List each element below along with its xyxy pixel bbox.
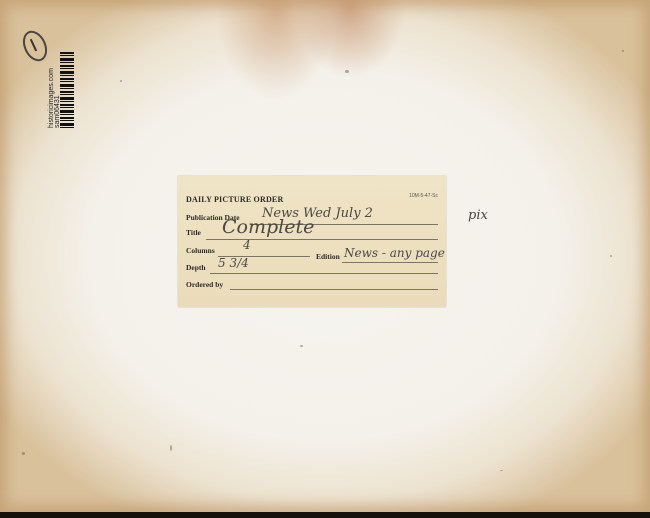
barcode-icon [60, 52, 74, 128]
card-title: DAILY PICTURE ORDER [186, 195, 283, 204]
ordered-by-label: Ordered by [186, 280, 223, 289]
bottom-edge-shadow [0, 512, 650, 518]
columns-label: Columns [186, 246, 215, 255]
speck [610, 255, 612, 257]
edition-line [342, 262, 438, 263]
speck [345, 70, 349, 73]
speck [170, 445, 172, 451]
depth-line [210, 273, 438, 274]
columns-value: 4 [243, 238, 251, 252]
speck [22, 452, 25, 455]
title-value: Complete [222, 216, 314, 238]
margin-note: pix [468, 208, 488, 223]
edition-label: Edition [316, 252, 340, 261]
depth-label: Depth [186, 263, 206, 272]
speck [120, 80, 122, 82]
ordered-by-line [230, 289, 438, 290]
depth-value: 5 3/4 [218, 256, 249, 270]
daily-picture-order-card: DAILY PICTURE ORDER 10M-5-47-Sc Publicat… [178, 176, 446, 307]
form-code: 10M-5-47-Sc [409, 193, 438, 199]
speck [300, 345, 303, 347]
photo-back: historicimages.com sam06431 DAILY PICTUR… [0, 0, 650, 512]
title-label: Title [186, 228, 201, 237]
edition-value: News - any page [344, 246, 445, 260]
speck [500, 470, 503, 471]
circled-number-mark [18, 27, 51, 65]
title-line [206, 239, 438, 240]
speck [622, 50, 624, 52]
barcode-label: historicimages.com sam06431 [48, 52, 76, 128]
